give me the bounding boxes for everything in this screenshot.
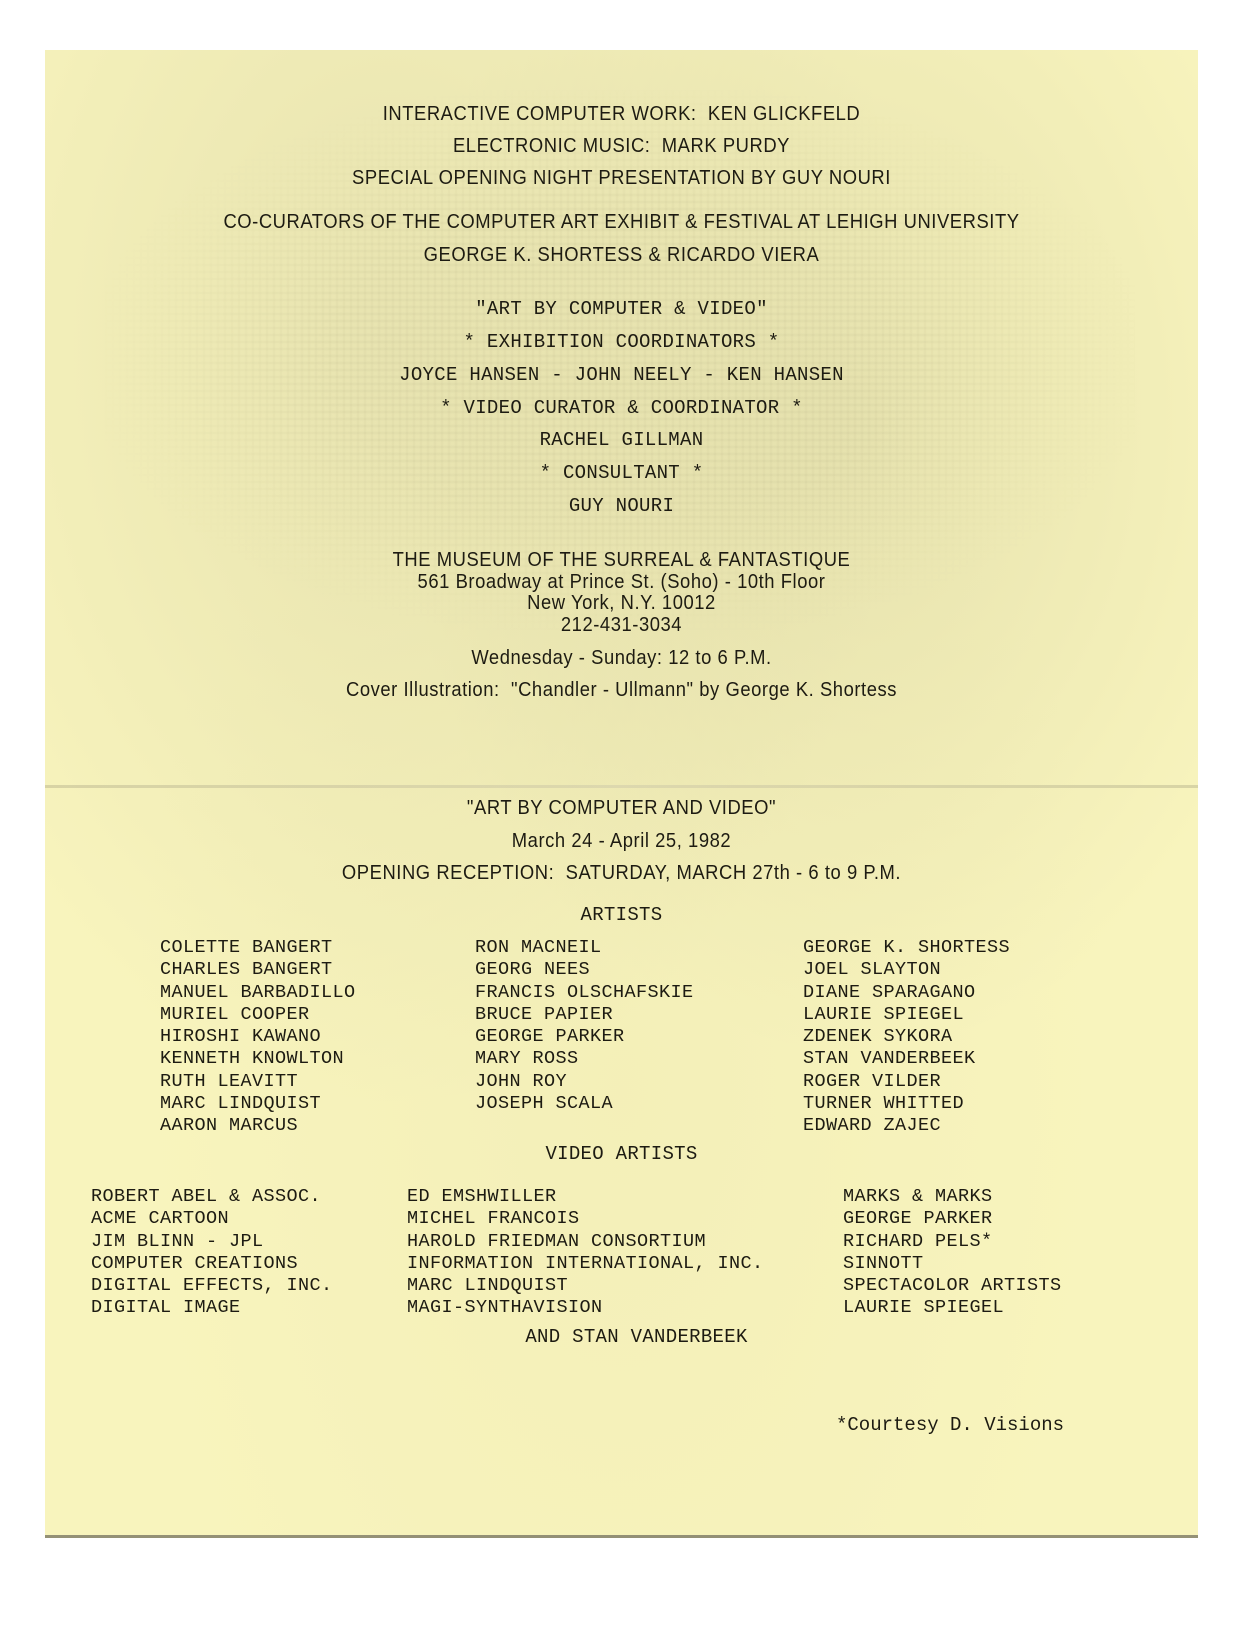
video-artists-heading: VIDEO ARTISTS (45, 1143, 1198, 1165)
name-entry: COLETTE BANGERT (160, 937, 356, 959)
artists-heading: ARTISTS (45, 904, 1198, 926)
cocurators-names: GEORGE K. SHORTESS & RICARDO VIERA (91, 244, 1152, 267)
name-entry: COMPUTER CREATIONS (91, 1253, 333, 1275)
artists-column-2: RON MACNEILGEORG NEESFRANCIS OLSCHAFSKIE… (475, 937, 694, 1115)
name-entry: JOEL SLAYTON (803, 959, 1010, 981)
name-entry: RICHARD PELS* (843, 1231, 1062, 1253)
name-entry: GEORG NEES (475, 959, 694, 981)
credit-interactive: INTERACTIVE COMPUTER WORK: KEN GLICKFELD (91, 103, 1152, 126)
consultant-name: GUY NOURI (45, 495, 1198, 517)
cocurators-title: CO-CURATORS OF THE COMPUTER ART EXHIBIT … (91, 211, 1152, 234)
name-entry: ROBERT ABEL & ASSOC. (91, 1186, 333, 1208)
video-artists-closing: AND STAN VANDERBEEK (60, 1326, 1213, 1348)
name-entry: MICHEL FRANCOIS (407, 1208, 764, 1230)
name-entry: SPECTACOLOR ARTISTS (843, 1275, 1062, 1297)
exhibit-title: "ART BY COMPUTER AND VIDEO" (91, 797, 1152, 820)
venue-city: New York, N.Y. 10012 (91, 592, 1152, 615)
name-entry: LAURIE SPIEGEL (843, 1297, 1062, 1319)
name-entry: AARON MARCUS (160, 1115, 356, 1137)
fold-crease (45, 785, 1198, 788)
name-entry: KENNETH KNOWLTON (160, 1048, 356, 1070)
name-entry: INFORMATION INTERNATIONAL, INC. (407, 1253, 764, 1275)
name-entry: ED EMSHWILLER (407, 1186, 764, 1208)
name-entry: MARY ROSS (475, 1048, 694, 1070)
video-artists-column-1: ROBERT ABEL & ASSOC.ACME CARTOONJIM BLIN… (91, 1186, 333, 1320)
name-entry: RUTH LEAVITT (160, 1071, 356, 1093)
video-curator-heading: * VIDEO CURATOR & COORDINATOR * (45, 397, 1198, 419)
coordinators-heading: * EXHIBITION COORDINATORS * (45, 331, 1198, 353)
name-entry: JOHN ROY (475, 1071, 694, 1093)
name-entry: EDWARD ZAJEC (803, 1115, 1010, 1137)
name-entry: LAURIE SPIEGEL (803, 1004, 1010, 1026)
venue-name: THE MUSEUM OF THE SURREAL & FANTASTIQUE (91, 549, 1152, 572)
name-entry: JOSEPH SCALA (475, 1093, 694, 1115)
name-entry: DIANE SPARAGANO (803, 982, 1010, 1004)
name-entry: MARC LINDQUIST (407, 1275, 764, 1297)
coordinators-names: JOYCE HANSEN - JOHN NEELY - KEN HANSEN (45, 364, 1198, 386)
venue-phone: 212-431-3034 (91, 614, 1152, 637)
credit-music: ELECTRONIC MUSIC: MARK PURDY (91, 135, 1152, 158)
paper-bottom-edge (45, 1535, 1198, 1538)
name-entry: GEORGE K. SHORTESS (803, 937, 1010, 959)
name-entry: GEORGE PARKER (475, 1026, 694, 1048)
video-curator-name: RACHEL GILLMAN (45, 429, 1198, 451)
show-title: "ART BY COMPUTER & VIDEO" (45, 298, 1198, 320)
name-entry: GEORGE PARKER (843, 1208, 1062, 1230)
name-entry: MARKS & MARKS (843, 1186, 1062, 1208)
exhibit-dates: March 24 - April 25, 1982 (91, 830, 1152, 853)
credit-special: SPECIAL OPENING NIGHT PRESENTATION BY GU… (91, 167, 1152, 190)
name-entry: HAROLD FRIEDMAN CONSORTIUM (407, 1231, 764, 1253)
venue-address: 561 Broadway at Prince St. (Soho) - 10th… (91, 571, 1152, 594)
name-entry: RON MACNEIL (475, 937, 694, 959)
name-entry: HIROSHI KAWANO (160, 1026, 356, 1048)
video-artists-column-2: ED EMSHWILLERMICHEL FRANCOISHAROLD FRIED… (407, 1186, 764, 1320)
name-entry: TURNER WHITTED (803, 1093, 1010, 1115)
consultant-heading: * CONSULTANT * (45, 462, 1198, 484)
name-entry: ZDENEK SYKORA (803, 1026, 1010, 1048)
name-entry: MANUEL BARBADILLO (160, 982, 356, 1004)
name-entry: DIGITAL IMAGE (91, 1297, 333, 1319)
name-entry: DIGITAL EFFECTS, INC. (91, 1275, 333, 1297)
name-entry: FRANCIS OLSCHAFSKIE (475, 982, 694, 1004)
artists-column-1: COLETTE BANGERTCHARLES BANGERTMANUEL BAR… (160, 937, 356, 1138)
name-entry: CHARLES BANGERT (160, 959, 356, 981)
name-entry: BRUCE PAPIER (475, 1004, 694, 1026)
name-entry: JIM BLINN - JPL (91, 1231, 333, 1253)
name-entry: ACME CARTOON (91, 1208, 333, 1230)
opening-reception: OPENING RECEPTION: SATURDAY, MARCH 27th … (91, 862, 1152, 885)
name-entry: STAN VANDERBEEK (803, 1048, 1010, 1070)
artists-column-3: GEORGE K. SHORTESSJOEL SLAYTONDIANE SPAR… (803, 937, 1010, 1138)
name-entry: MARC LINDQUIST (160, 1093, 356, 1115)
name-entry: SINNOTT (843, 1253, 1062, 1275)
cover-credit: Cover Illustration: "Chandler - Ullmann"… (91, 679, 1152, 702)
courtesy-footnote: *Courtesy D. Visions (836, 1414, 1064, 1436)
video-artists-column-3: MARKS & MARKSGEORGE PARKERRICHARD PELS*S… (843, 1186, 1062, 1320)
name-entry: MAGI-SYNTHAVISION (407, 1297, 764, 1319)
name-entry: MURIEL COOPER (160, 1004, 356, 1026)
name-entry: ROGER VILDER (803, 1071, 1010, 1093)
venue-hours: Wednesday - Sunday: 12 to 6 P.M. (91, 647, 1152, 670)
